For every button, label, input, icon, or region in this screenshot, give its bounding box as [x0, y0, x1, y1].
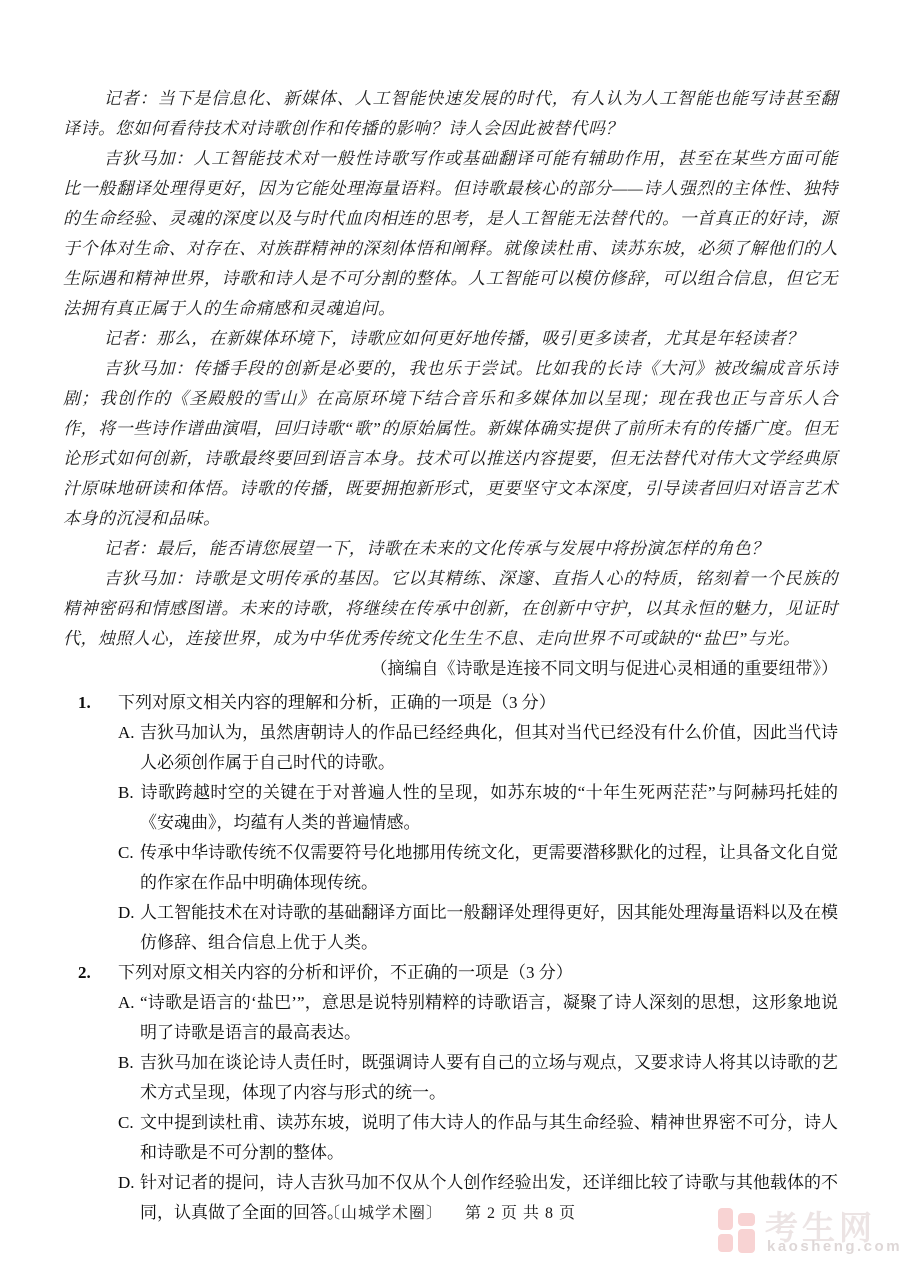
question-2-number: 2. — [78, 958, 118, 988]
interview-paragraph: 记者：最后，能否请您展望一下，诗歌在未来的文化传承与发展中将扮演怎样的角色？ — [63, 534, 838, 564]
footer-source: 〔山城学术圈〕 — [324, 1205, 443, 1222]
question-1-stem-text: 下列对原文相关内容的理解和分析，正确的一项是（3 分） — [118, 693, 556, 712]
option-text: 吉狄马加认为，虽然唐朝诗人的作品已经经典化，但其对当代已经没有什么价值，因此当代… — [140, 723, 838, 772]
option-label: A. — [118, 988, 140, 1018]
option-label: C. — [118, 838, 140, 868]
watermark-site-domain: kaosheng.com — [767, 1238, 900, 1255]
option-text: 人工智能技术在对诗歌的基础翻译方面比一般翻译处理得更好，因其能处理海量语料以及在… — [140, 903, 838, 952]
option-label: B. — [118, 1048, 140, 1078]
passage-attribution: （摘编自《诗歌是连接不同文明与促进心灵相通的重要纽带》） — [63, 654, 838, 684]
questions-section: 1.下列对原文相关内容的理解和分析，正确的一项是（3 分） A.吉狄马加认为，虽… — [63, 688, 838, 1228]
interview-paragraph: 吉狄马加：诗歌是文明传承的基因。它以其精练、深邃、直指人心的特质，铭刻着一个民族… — [63, 564, 838, 654]
question-1-option-b: B.诗歌跨越时空的关键在于对普遍人性的呈现，如苏东坡的“十年生死两茫茫”与阿赫玛… — [118, 778, 838, 838]
page-content: 记者：当下是信息化、新媒体、人工智能快速发展的时代，有人认为人工智能也能写诗甚至… — [63, 84, 838, 1228]
question-2-option-b: B.吉狄马加在谈论诗人责任时，既强调诗人要有自己的立场与观点，又要求诗人将其以诗… — [118, 1048, 838, 1108]
option-label: D. — [118, 1168, 140, 1198]
question-2-option-a: A.“诗歌是语言的‘盐巴’”，意思是说特别精粹的诗歌语言，凝聚了诗人深刻的思想，… — [118, 988, 838, 1048]
option-text: 文中提到读杜甫、读苏东坡，说明了伟大诗人的作品与其生命经验、精神世界密不可分，诗… — [140, 1113, 838, 1162]
footer-page-number: 第 2 页 共 8 页 — [465, 1205, 576, 1222]
question-1-stem: 1.下列对原文相关内容的理解和分析，正确的一项是（3 分） — [78, 688, 838, 718]
kaosheng-logo-icon — [718, 1208, 756, 1254]
logo-block — [718, 1208, 733, 1230]
option-label: C. — [118, 1108, 140, 1138]
question-2-option-c: C.文中提到读杜甫、读苏东坡，说明了伟大诗人的作品与其生命经验、精神世界密不可分… — [118, 1108, 838, 1168]
question-2-stem: 2.下列对原文相关内容的分析和评价，不正确的一项是（3 分） — [78, 958, 838, 988]
option-text: “诗歌是语言的‘盐巴’”，意思是说特别精粹的诗歌语言，凝聚了诗人深刻的思想，这形… — [140, 993, 838, 1042]
kaosheng-watermark: 考生网 kaosheng.com — [712, 1200, 900, 1262]
option-text: 吉狄马加在谈论诗人责任时，既强调诗人要有自己的立场与观点，又要求诗人将其以诗歌的… — [140, 1053, 838, 1102]
interview-paragraph: 记者：那么，在新媒体环境下，诗歌应如何更好地传播，吸引更多读者，尤其是年轻读者？ — [63, 324, 838, 354]
logo-block — [738, 1229, 755, 1253]
question-1-option-a: A.吉狄马加认为，虽然唐朝诗人的作品已经经典化，但其对当代已经没有什么价值，因此… — [118, 718, 838, 778]
option-label: A. — [118, 718, 140, 748]
interview-paragraph: 吉狄马加：人工智能技术对一般性诗歌写作或基础翻译可能有辅助作用，甚至在某些方面可… — [63, 144, 838, 324]
logo-block — [718, 1234, 733, 1252]
question-1-option-d: D.人工智能技术在对诗歌的基础翻译方面比一般翻译处理得更好，因其能处理海量语料以… — [118, 898, 838, 958]
interview-passage: 记者：当下是信息化、新媒体、人工智能快速发展的时代，有人认为人工智能也能写诗甚至… — [63, 84, 838, 684]
interview-paragraph: 吉狄马加：传播手段的创新是必要的，我也乐于尝试。比如我的长诗《大河》被改编成音乐… — [63, 354, 838, 534]
question-1-number: 1. — [78, 688, 118, 718]
question-1: 1.下列对原文相关内容的理解和分析，正确的一项是（3 分） A.吉狄马加认为，虽… — [63, 688, 838, 958]
interview-paragraph: 记者：当下是信息化、新媒体、人工智能快速发展的时代，有人认为人工智能也能写诗甚至… — [63, 84, 838, 144]
option-label: D. — [118, 898, 140, 928]
option-text: 诗歌跨越时空的关键在于对普遍人性的呈现，如苏东坡的“十年生死两茫茫”与阿赫玛托娃… — [140, 783, 838, 832]
logo-block — [738, 1213, 755, 1226]
question-2: 2.下列对原文相关内容的分析和评价，不正确的一项是（3 分） A.“诗歌是语言的… — [63, 958, 838, 1228]
option-text: 传承中华诗歌传统不仅需要符号化地挪用传统文化，更需要潜移默化的过程，让具备文化自… — [140, 843, 838, 892]
option-label: B. — [118, 778, 140, 808]
question-2-stem-text: 下列对原文相关内容的分析和评价，不正确的一项是（3 分） — [118, 963, 573, 982]
question-1-option-c: C.传承中华诗歌传统不仅需要符号化地挪用传统文化，更需要潜移默化的过程，让具备文… — [118, 838, 838, 898]
exam-page: 记者：当下是信息化、新媒体、人工智能快速发展的时代，有人认为人工智能也能写诗甚至… — [0, 0, 900, 1273]
